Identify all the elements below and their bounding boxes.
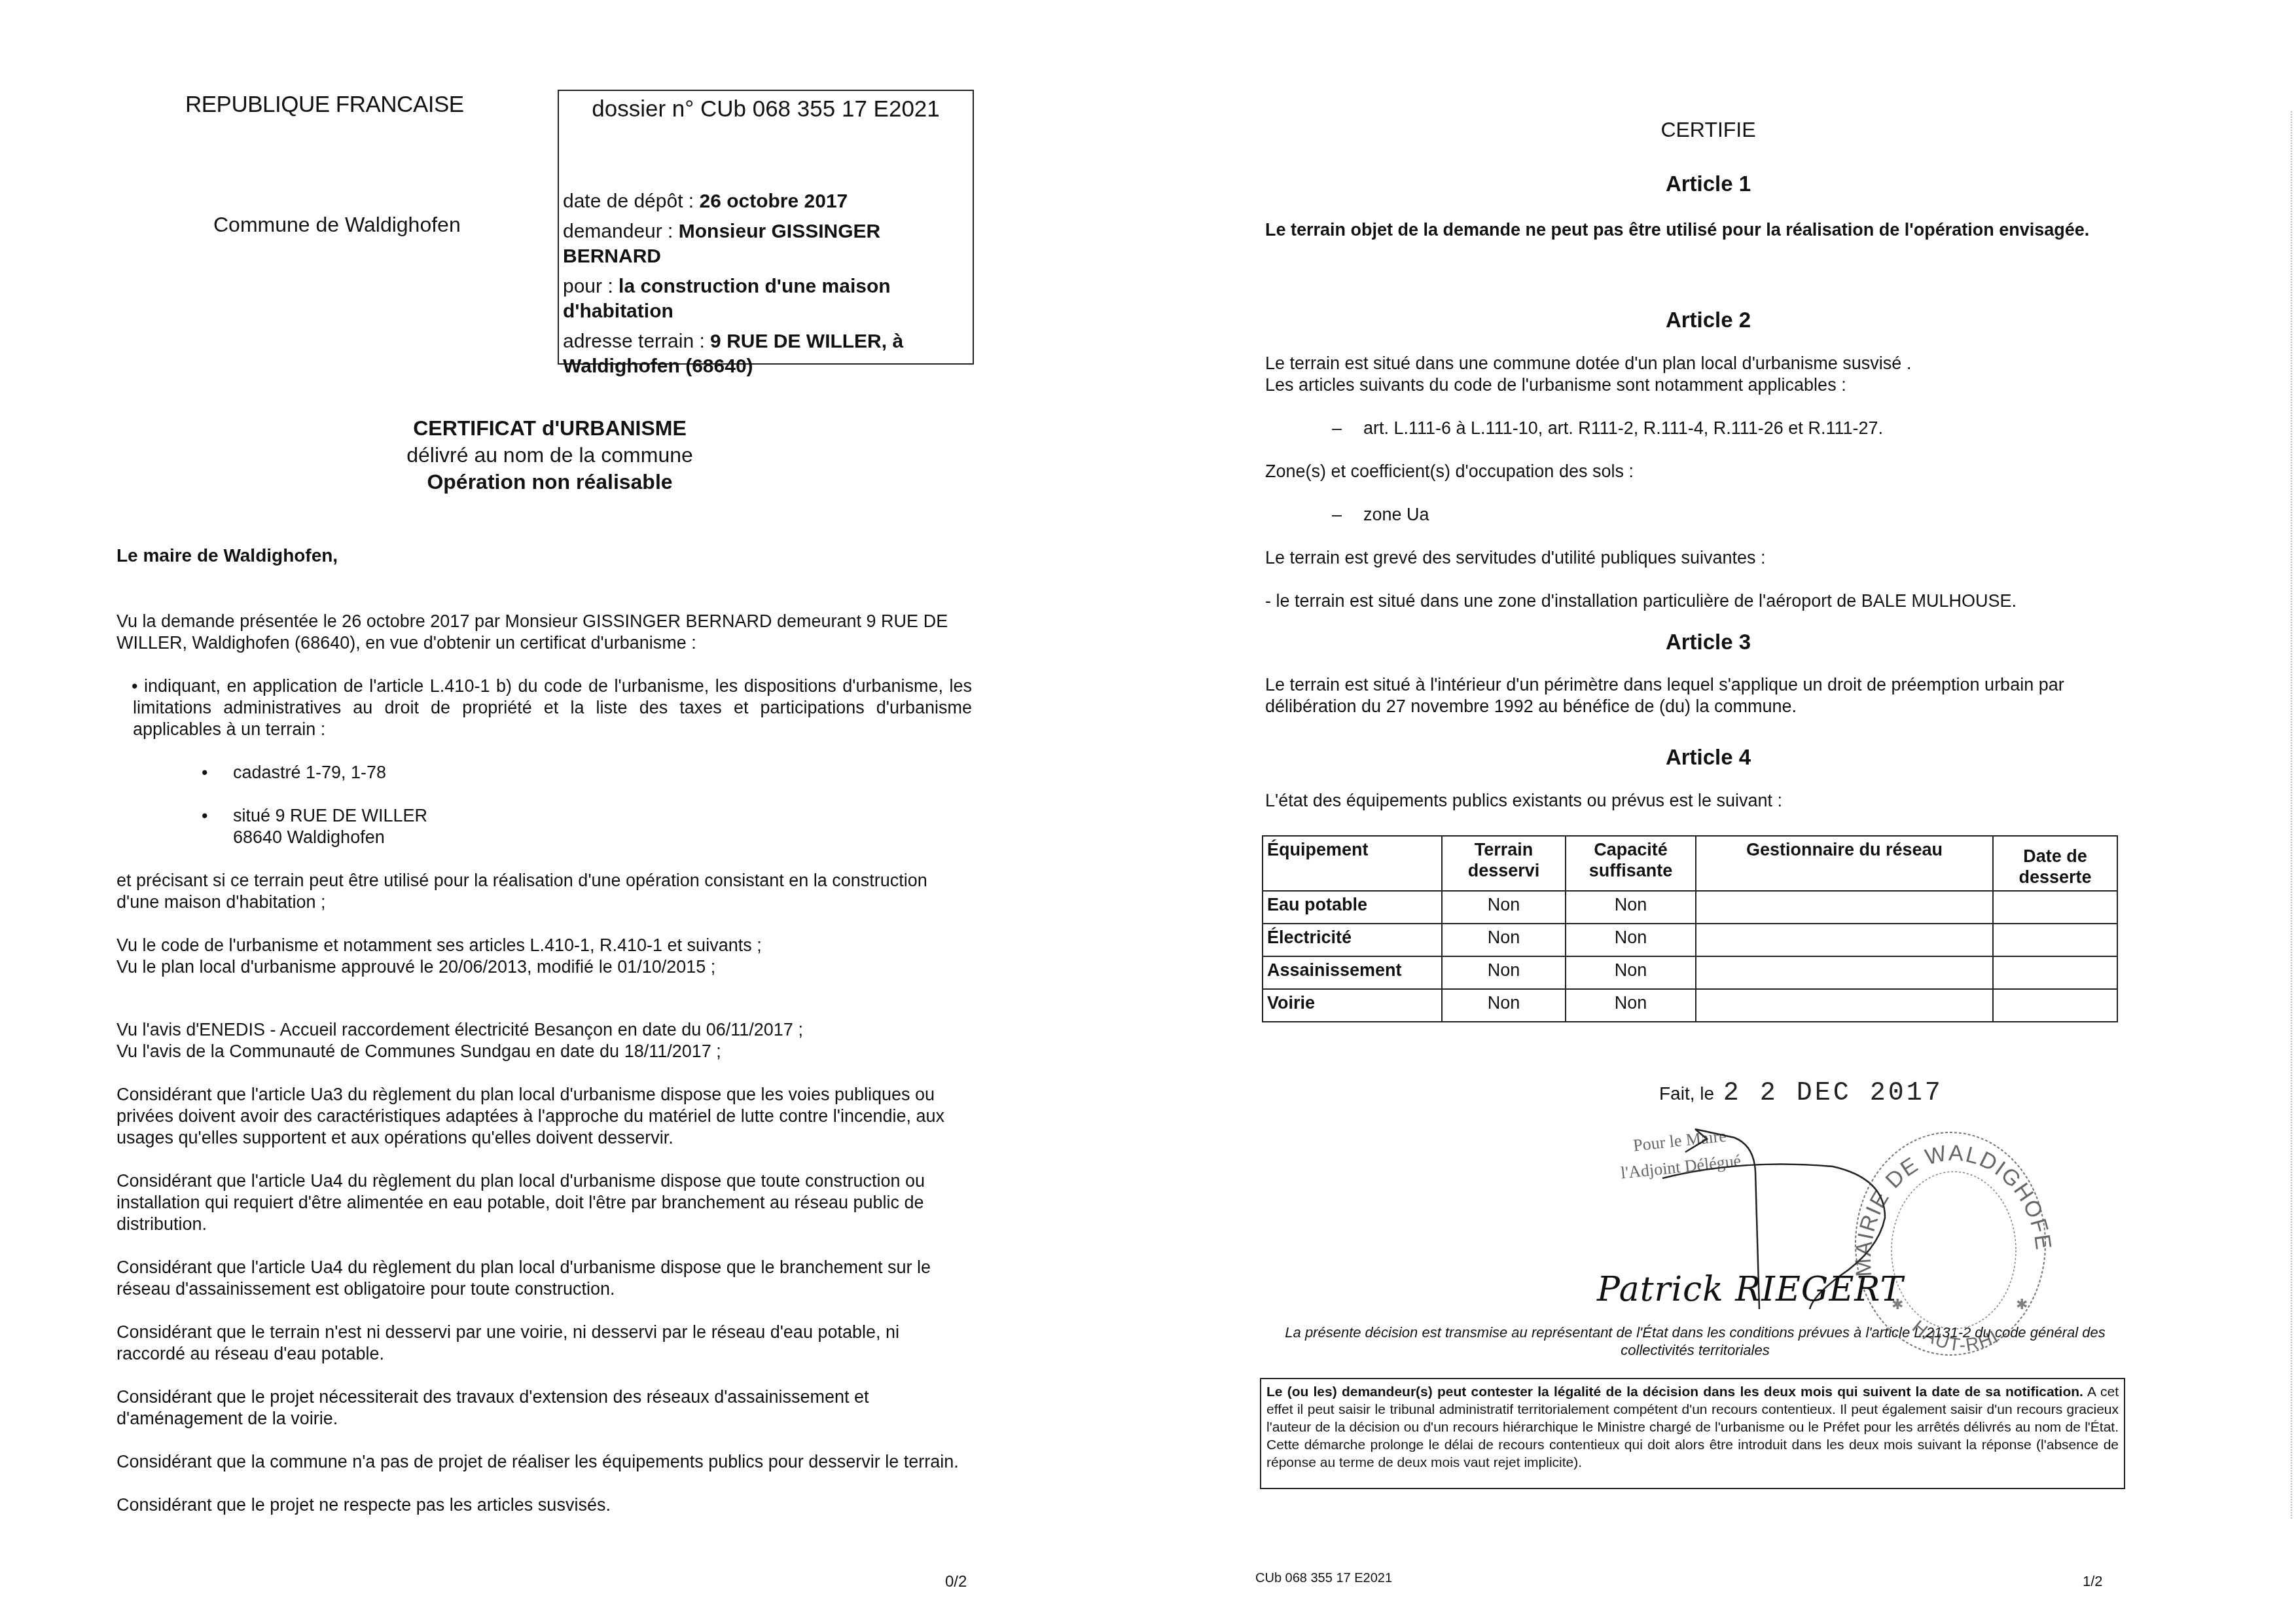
- article-3-body: Le terrain est situé à l'intérieur d'un …: [1265, 674, 2121, 717]
- vu-ccs: Vu l'avis de la Communauté de Communes S…: [117, 1041, 972, 1062]
- field-label: adresse terrain :: [563, 331, 710, 352]
- recours-bold-text: Le (ou les) demandeur(s) peut contester …: [1266, 1384, 2083, 1399]
- cell-date: [1993, 891, 2117, 924]
- cell-capacite: Non: [1566, 891, 1696, 924]
- field-label: demandeur :: [563, 221, 679, 242]
- cell-equipement: Électricité: [1263, 924, 1442, 956]
- left-body: Vu la demande présentée le 26 octobre 20…: [117, 611, 972, 1538]
- situe-line1: situé 9 RUE DE WILLER: [233, 805, 972, 827]
- commune-name: Commune de Waldighofen: [213, 213, 461, 237]
- cell-gestionnaire: [1696, 924, 1993, 956]
- article-2-body: Le terrain est situé dans une commune do…: [1265, 353, 2121, 634]
- dossier-box: dossier n° CUb 068 355 17 E2021 date de …: [558, 90, 974, 365]
- considerant-4: Considérant que le terrain n'est ni dess…: [117, 1322, 972, 1365]
- dossier-number: dossier n° CUb 068 355 17 E2021: [559, 96, 973, 122]
- col-capacite-suffisante: Capacité suffisante: [1566, 836, 1696, 891]
- zones-label: Zone(s) et coefficient(s) d'occupation d…: [1265, 461, 2121, 482]
- cell-capacite: Non: [1566, 956, 1696, 989]
- article-3-title: Article 3: [1577, 630, 1839, 655]
- field-label: pour :: [563, 276, 619, 297]
- field-label: date de dépôt :: [563, 190, 700, 212]
- equipment-table: Équipement Terrain desservi Capacité suf…: [1262, 835, 2118, 1022]
- scan-edge-artifact: [2291, 111, 2292, 1519]
- field-value: 26 octobre 2017: [700, 190, 848, 212]
- article-2-title: Article 2: [1577, 308, 1839, 333]
- col-terrain-desservi: Terrain desservi: [1442, 836, 1566, 891]
- cadastre-bullet: cadastré 1-79, 1-78: [117, 762, 972, 784]
- table-row: Eau potable Non Non: [1263, 891, 2117, 924]
- servitude-item: - le terrain est situé dans une zone d'i…: [1265, 590, 2121, 612]
- vu-code: Vu le code de l'urbanisme et notamment s…: [117, 935, 972, 956]
- vu-plu: Vu le plan local d'urbanisme approuvé le…: [117, 956, 972, 978]
- certificate-title-block: CERTIFICAT d'URBANISME délivré au nom de…: [288, 415, 812, 496]
- cell-equipement: Assainissement: [1263, 956, 1442, 989]
- footer-dossier-ref: CUb 068 355 17 E2021: [1255, 1571, 1392, 1586]
- considerant-2: Considérant que l'article Ua4 du règleme…: [117, 1170, 972, 1235]
- article-4-intro: L'état des équipements publics existants…: [1265, 791, 1782, 811]
- field-date-depot: date de dépôt : 26 octobre 2017: [563, 189, 969, 214]
- dossier-fields: date de dépôt : 26 octobre 2017 demandeu…: [563, 189, 969, 384]
- cell-terrain-desservi: Non: [1442, 891, 1566, 924]
- cell-capacite: Non: [1566, 924, 1696, 956]
- vu-enedis: Vu l'avis d'ENEDIS - Accueil raccordemen…: [117, 1019, 972, 1041]
- republique-francaise-header: REPUBLIQUE FRANCAISE: [185, 92, 464, 118]
- col-equipement: Équipement: [1263, 836, 1442, 891]
- table-row: Électricité Non Non: [1263, 924, 2117, 956]
- certifie-heading: CERTIFIE: [1584, 118, 1833, 142]
- considerant-3: Considérant que l'article Ua4 du règleme…: [117, 1257, 972, 1300]
- fait-le: Fait, le 2 2 DEC 2017: [1659, 1079, 1943, 1108]
- col-date-desserte: Date de desserte: [1993, 836, 2117, 891]
- considerant-7: Considérant que le projet ne respecte pa…: [117, 1494, 972, 1516]
- article-1-body: Le terrain objet de la demande ne peut p…: [1265, 219, 2121, 241]
- applicable-articles: art. L.111-6 à L.111-10, art. R111-2, R.…: [1265, 418, 2121, 439]
- page-number-left: 0/2: [945, 1573, 967, 1591]
- vu-demande: Vu la demande présentée le 26 octobre 20…: [117, 611, 972, 654]
- situe-bullet: situé 9 RUE DE WILLER 68640 Waldighofen: [117, 805, 972, 848]
- cell-gestionnaire: [1696, 989, 1993, 1022]
- article-4-title: Article 4: [1577, 745, 1839, 770]
- cell-date: [1993, 956, 2117, 989]
- situe-line2: 68640 Waldighofen: [233, 827, 972, 848]
- table-header-row: Équipement Terrain desservi Capacité suf…: [1263, 836, 2117, 891]
- cell-terrain-desservi: Non: [1442, 956, 1566, 989]
- considerant-5: Considérant que le projet nécessiterait …: [117, 1386, 972, 1430]
- mairie-seal-icon: MAIRIE DE WALDIGHOFEN HAUT-RHIN ✱ ✱: [1584, 1113, 2056, 1355]
- cell-capacite: Non: [1566, 989, 1696, 1022]
- fait-le-date-stamp: 2 2 DEC 2017: [1723, 1079, 1943, 1108]
- table-row: Assainissement Non Non: [1263, 956, 2117, 989]
- cell-date: [1993, 989, 2117, 1022]
- field-demandeur: demandeur : Monsieur GISSINGER BERNARD: [563, 219, 969, 269]
- cell-gestionnaire: [1696, 891, 1993, 924]
- table-row: Voirie Non Non: [1263, 989, 2117, 1022]
- zone-value: zone Ua: [1265, 504, 2121, 526]
- svg-text:MAIRIE DE WALDIGHOFEN: MAIRIE DE WALDIGHOFEN: [1584, 1113, 2056, 1278]
- transmission-notice: La présente décision est transmise au re…: [1260, 1324, 2130, 1359]
- recours-notice-box: Le (ou les) demandeur(s) peut contester …: [1260, 1378, 2125, 1489]
- certificate-title: CERTIFICAT d'URBANISME: [288, 415, 812, 442]
- col-gestionnaire: Gestionnaire du réseau: [1696, 836, 1993, 891]
- cell-date: [1993, 924, 2117, 956]
- cell-equipement: Voirie: [1263, 989, 1442, 1022]
- cell-equipement: Eau potable: [1263, 891, 1442, 924]
- precisant: et précisant si ce terrain peut être uti…: [117, 870, 972, 913]
- article-1-title: Article 1: [1577, 171, 1839, 196]
- fait-le-label: Fait, le: [1659, 1083, 1714, 1104]
- operation-status: Opération non réalisable: [288, 469, 812, 496]
- certificate-subtitle: délivré au nom de la commune: [288, 442, 812, 469]
- servitudes-label: Le terrain est grevé des servitudes d'ut…: [1265, 547, 2121, 569]
- maire-heading: Le maire de Waldighofen,: [117, 545, 338, 566]
- cell-terrain-desservi: Non: [1442, 989, 1566, 1022]
- cell-terrain-desservi: Non: [1442, 924, 1566, 956]
- cell-gestionnaire: [1696, 956, 1993, 989]
- field-adresse-terrain: adresse terrain : 9 RUE DE WILLER, à Wal…: [563, 329, 969, 379]
- seal-text-top: MAIRIE DE WALDIGHOFEN: [1584, 1113, 2056, 1278]
- article-2-line1: Le terrain est situé dans une commune do…: [1265, 353, 2121, 374]
- article-2-line2: Les articles suivants du code de l'urban…: [1265, 374, 2121, 396]
- field-pour: pour : la construction d'une maison d'ha…: [563, 274, 969, 324]
- considerant-1: Considérant que l'article Ua3 du règleme…: [117, 1084, 972, 1149]
- considerant-6: Considérant que la commune n'a pas de pr…: [117, 1451, 972, 1473]
- svg-text:✱: ✱: [2016, 1296, 2028, 1312]
- indiquant-bullet: • indiquant, en application de l'article…: [117, 676, 972, 740]
- signer-name-handwritten: Patrick RIEGERT: [1597, 1270, 1903, 1309]
- page-number-right: 1/2: [2083, 1573, 2103, 1590]
